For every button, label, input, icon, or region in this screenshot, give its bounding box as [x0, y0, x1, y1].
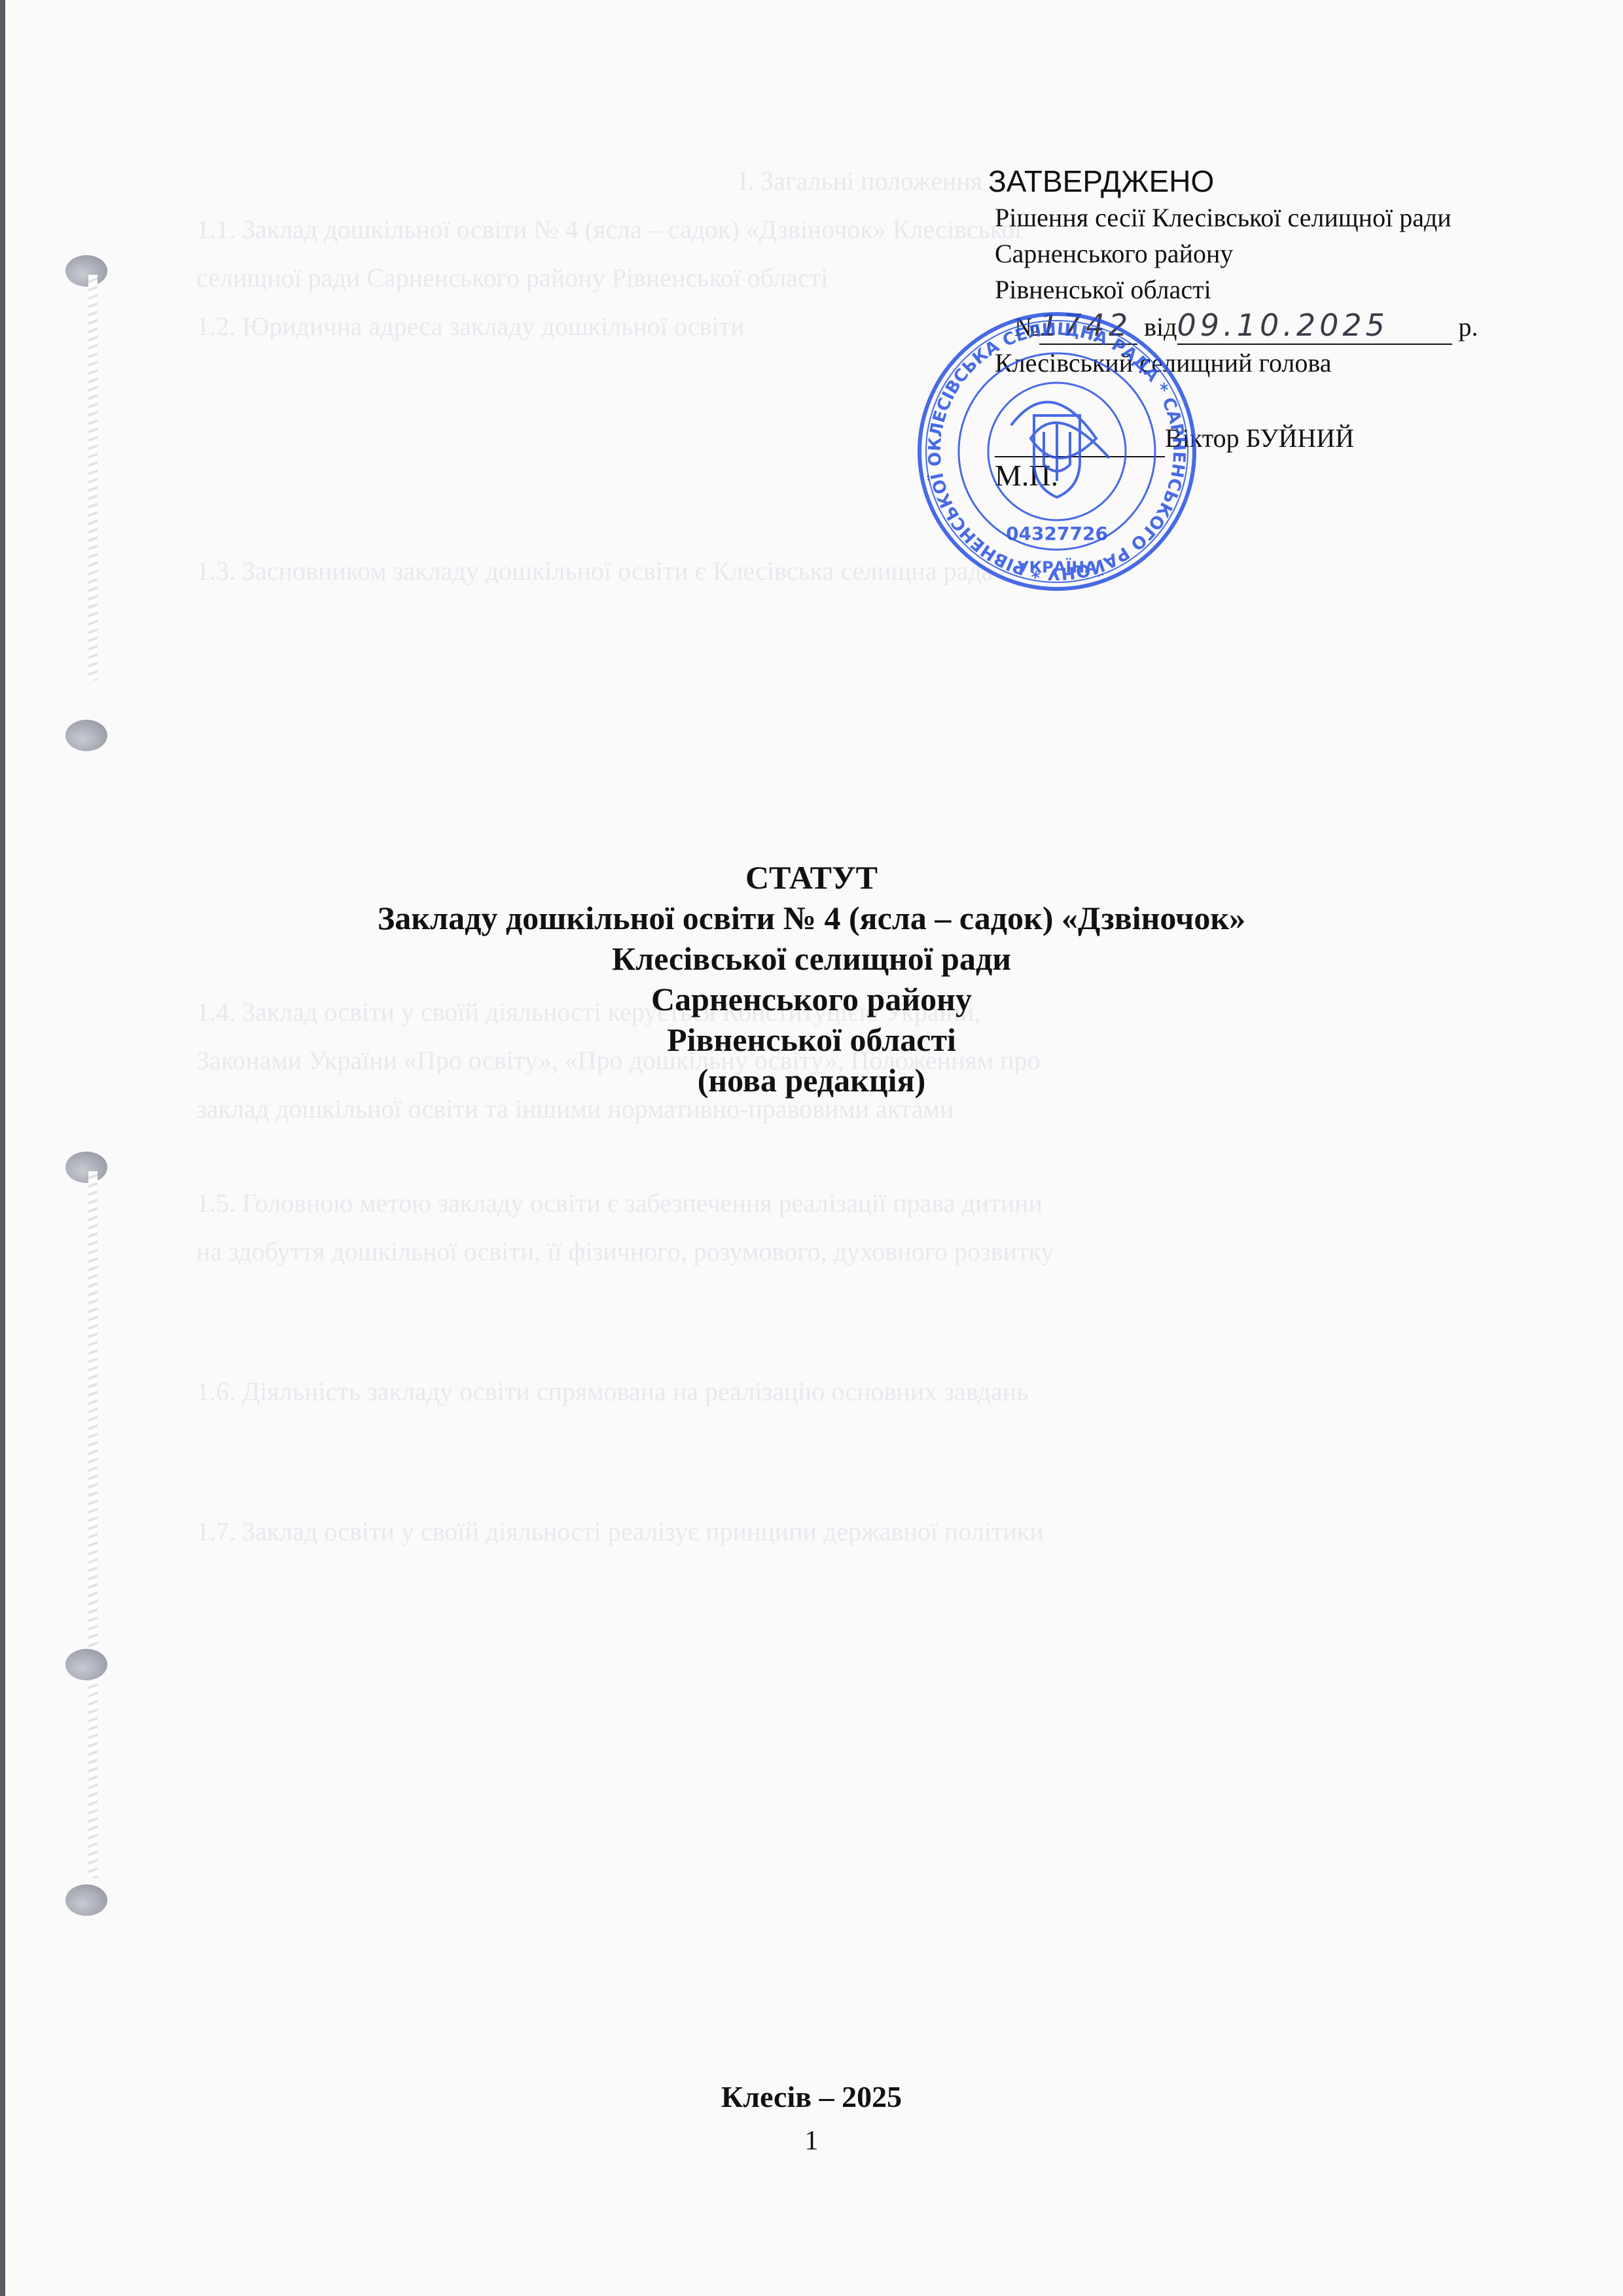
- title-region: Рівненської області: [196, 1019, 1427, 1060]
- svg-text:04327726: 04327726: [1006, 523, 1108, 544]
- binding-hole: [65, 1152, 107, 1183]
- title-institution: Закладу дошкільної освіти № 4 (ясла – са…: [196, 898, 1427, 938]
- date-suffix: р.: [1459, 312, 1478, 342]
- binding-hole: [65, 1649, 107, 1680]
- decision-date: 09.10.2025: [1177, 308, 1452, 345]
- title-statute: СТАТУТ: [196, 857, 1427, 898]
- approval-region: Рівненської області: [995, 272, 1564, 308]
- bleed-line: 1.5. Головною метою закладу освіти є заб…: [196, 1179, 1525, 1227]
- title-district: Сарненського району: [196, 979, 1427, 1019]
- title-council: Клесівської селищної ради: [196, 938, 1427, 979]
- page-number: 1: [0, 2125, 1623, 2157]
- official-stamp-icon: КЛЕСІВСЬКА СЕЛИЩНА РАДА * САРНЕНСЬКОГО Р…: [913, 308, 1201, 595]
- svg-text:УКРАЇНА: УКРАЇНА: [1017, 557, 1097, 576]
- binding-hole: [65, 720, 107, 751]
- title-edition: (нова редакція): [196, 1060, 1427, 1101]
- bleed-line: 1.6. Діяльність закладу освіти спрямован…: [196, 1368, 1525, 1416]
- approval-district: Сарненського району: [995, 236, 1564, 272]
- approval-header: ЗАТВЕРДЖЕНО: [988, 164, 1564, 200]
- binding-hole: [65, 1884, 107, 1916]
- document-title: СТАТУТ Закладу дошкільної освіти № 4 (яс…: [196, 857, 1427, 1101]
- city-year: Клесів – 2025: [0, 2079, 1623, 2114]
- bleed-line: на здобуття дошкільної освіти, її фізичн…: [196, 1227, 1525, 1276]
- binding-hole: [65, 255, 107, 287]
- binding-cord: [88, 275, 98, 680]
- bleed-line: 1.7. Заклад освіти у своїй діяльності ре…: [196, 1508, 1525, 1556]
- binding-cord: [88, 1171, 98, 1878]
- scan-left-edge: [0, 0, 5, 2296]
- bleed-line: 1.3. Засновником закладу дошкільної осві…: [196, 547, 1525, 595]
- approval-decision: Рішення сесії Клесівської селищної ради: [995, 200, 1564, 236]
